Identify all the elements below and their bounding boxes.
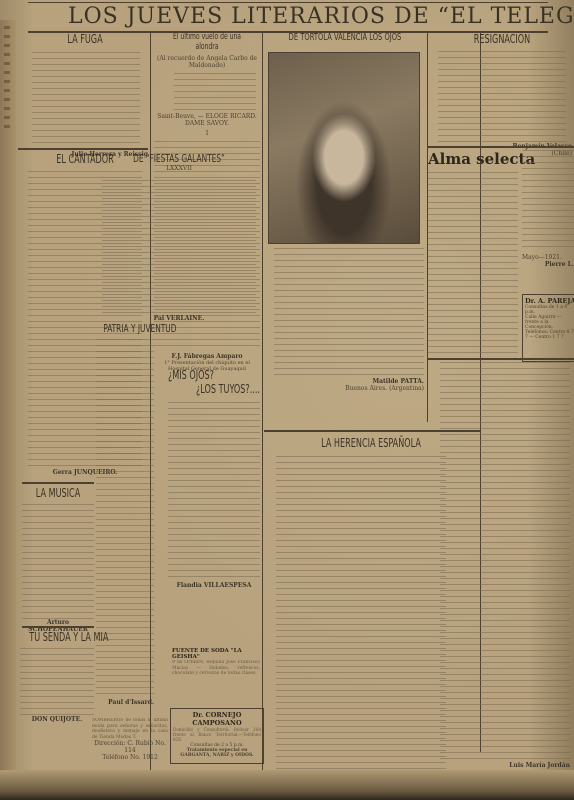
masthead: LOS JUEVES LITERARIOS DE “EL TELEGRAFO” xyxy=(28,2,548,33)
ad-address: Calle Aguirre — frente a la Concepción. xyxy=(525,315,574,330)
article-subtitle: ¿LOS TUYOS?.... xyxy=(191,382,260,396)
ad-title: FUENTE DE SODA "LA GEISHA" xyxy=(172,648,260,660)
article-body xyxy=(522,150,574,250)
ad-pareja: Dr. A. PAREJA C. Consultas de 1 a 4 p.m.… xyxy=(522,294,574,362)
poem-body xyxy=(438,51,566,143)
ad-address: Domicilio y Consultorio: Bolívar 208 fre… xyxy=(173,727,261,743)
article-fiestas-galantes: DE “FIESTAS GALANTES” LXXXVII xyxy=(98,152,260,172)
ad-hours: Consultas de 1 a 4 p.m. xyxy=(525,305,574,315)
article-title: LA MUSICA xyxy=(31,486,85,500)
article-title: RESIGNACION xyxy=(450,32,555,46)
ad-text: SOMBREROS de todas al última moda para s… xyxy=(92,718,168,740)
article-tu-senda: TU SENDA Y LA MIA DON QUIJOTE. xyxy=(20,630,94,723)
article-title: El último vuelo de una alondra xyxy=(167,32,247,52)
photo-tortola-valencia xyxy=(268,52,420,244)
article-la-fuga: LA FUGA Julio Herrera y Reissig xyxy=(22,32,148,158)
page-bottom-edge xyxy=(0,770,574,800)
ad-sombreros: SOMBREROS de todas al última moda para s… xyxy=(92,718,168,761)
ad-specialty: Tratamiento especial en GARGANTA, NARIZ … xyxy=(173,748,261,758)
article-place: Buenos Aires. (Argentina) xyxy=(274,385,424,392)
newspaper-page: LOS JUEVES LITERARIOS DE “EL TELEGRAFO” … xyxy=(0,0,574,790)
article-tortola: DE TORTOLA VALENCIA LOS OJOS xyxy=(266,32,424,43)
article-title: ¿MIS OJOS? xyxy=(168,368,237,382)
article-body xyxy=(276,456,446,786)
ad-cornejo: Dr. CORNEJO CAMPOSANO Domicilio y Consul… xyxy=(170,708,264,764)
ad-phone: Teléfono No. 1912 xyxy=(92,754,168,761)
fiestas-body: Pal VERLAINE. xyxy=(98,180,260,322)
ad-name: Dr. A. PAREJA C. xyxy=(525,297,574,305)
section-rule xyxy=(22,482,94,484)
column-rule xyxy=(262,32,263,772)
adjacent-page-edge xyxy=(0,20,16,770)
article-title: Alma selecta xyxy=(428,150,518,168)
poem-tortola: Matilde PATTA. Buenos Aires. (Argentina) xyxy=(274,248,424,392)
article-alma-selecta-cont: Mayo—1921. Pierre L. xyxy=(522,150,574,268)
article-body xyxy=(32,52,140,147)
section-number: I xyxy=(154,130,260,137)
article-author: Pierre L. xyxy=(522,261,574,268)
article-title: PATRIA Y JUVENTUD xyxy=(103,322,147,335)
article-la-musica: LA MUSICA Arturo SCHOPENHAUER xyxy=(22,486,94,633)
masthead-title: LOS JUEVES LITERARIOS DE “EL TELEGRAFO” xyxy=(68,4,574,29)
ad-name: Dr. CORNEJO CAMPOSANO xyxy=(173,711,261,727)
ad-address: Dirección: C. Rubio No. 114 xyxy=(92,740,168,754)
article-body xyxy=(428,172,518,362)
article-date: Mayo—1921. xyxy=(522,254,574,261)
article-mis-ojos: ¿MIS OJOS? ¿LOS TUYOS?.... Flandia VILLA… xyxy=(168,368,260,589)
article-title: LA HERENCIA ESPAÑOLA xyxy=(292,436,450,450)
article-alma-selecta: Alma selecta xyxy=(428,150,518,362)
article-author: Flandia VILLAESPESA xyxy=(168,582,260,589)
article-dedication: (Al recuerdo de Angela Carbo de Maldonad… xyxy=(154,55,260,69)
article-body xyxy=(20,648,94,716)
section-rule xyxy=(428,358,574,360)
article-epigraph xyxy=(174,73,256,113)
section-rule xyxy=(22,626,94,628)
article-author: Paul d'Issard. xyxy=(96,699,154,706)
ad-phone: Teléfonos: Centro 8 7 7 — Centro 1 7 7 xyxy=(525,330,574,340)
article-herencia: LA HERENCIA ESPAÑOLA xyxy=(266,436,476,786)
ad-fuente-soda: FUENTE DE SODA "LA GEISHA" 9 de Octubre,… xyxy=(172,648,260,700)
article-title: LA FUGA xyxy=(38,32,133,46)
article-author: Pal VERLAINE. xyxy=(98,315,260,322)
section-rule xyxy=(18,148,148,150)
article-title: DE “FIESTAS GALANTES” xyxy=(118,152,240,165)
article-author: DON QUIJOTE. xyxy=(20,716,94,723)
article-title: TU SENDA Y LA MIA xyxy=(29,630,85,644)
ad-text: 9 de Octubre, esquina José Francisco Mac… xyxy=(172,660,260,700)
article-author: Matilde PATTA. xyxy=(274,378,424,385)
article-body xyxy=(102,180,256,315)
section-rule xyxy=(428,146,574,148)
article-patria-juventud: PATRIA Y JUVENTUD Paul d'Issard. xyxy=(96,322,154,706)
article-title: DE TORTOLA VALENCIA LOS OJOS xyxy=(286,32,405,43)
epigraph-author: Saint-Beuve, — ELOGE RICARD. DAME SAVOY. xyxy=(154,113,260,127)
article-body xyxy=(168,402,260,582)
article-body xyxy=(96,339,154,699)
poem-body xyxy=(274,248,424,378)
article-body xyxy=(22,504,94,619)
section-number: LXXXVII xyxy=(98,165,260,172)
article-resignacion: RESIGNACION Benjamín Velasco (Chile) xyxy=(432,32,572,157)
article-author: F.J. Fábregas Amparo xyxy=(154,353,260,360)
